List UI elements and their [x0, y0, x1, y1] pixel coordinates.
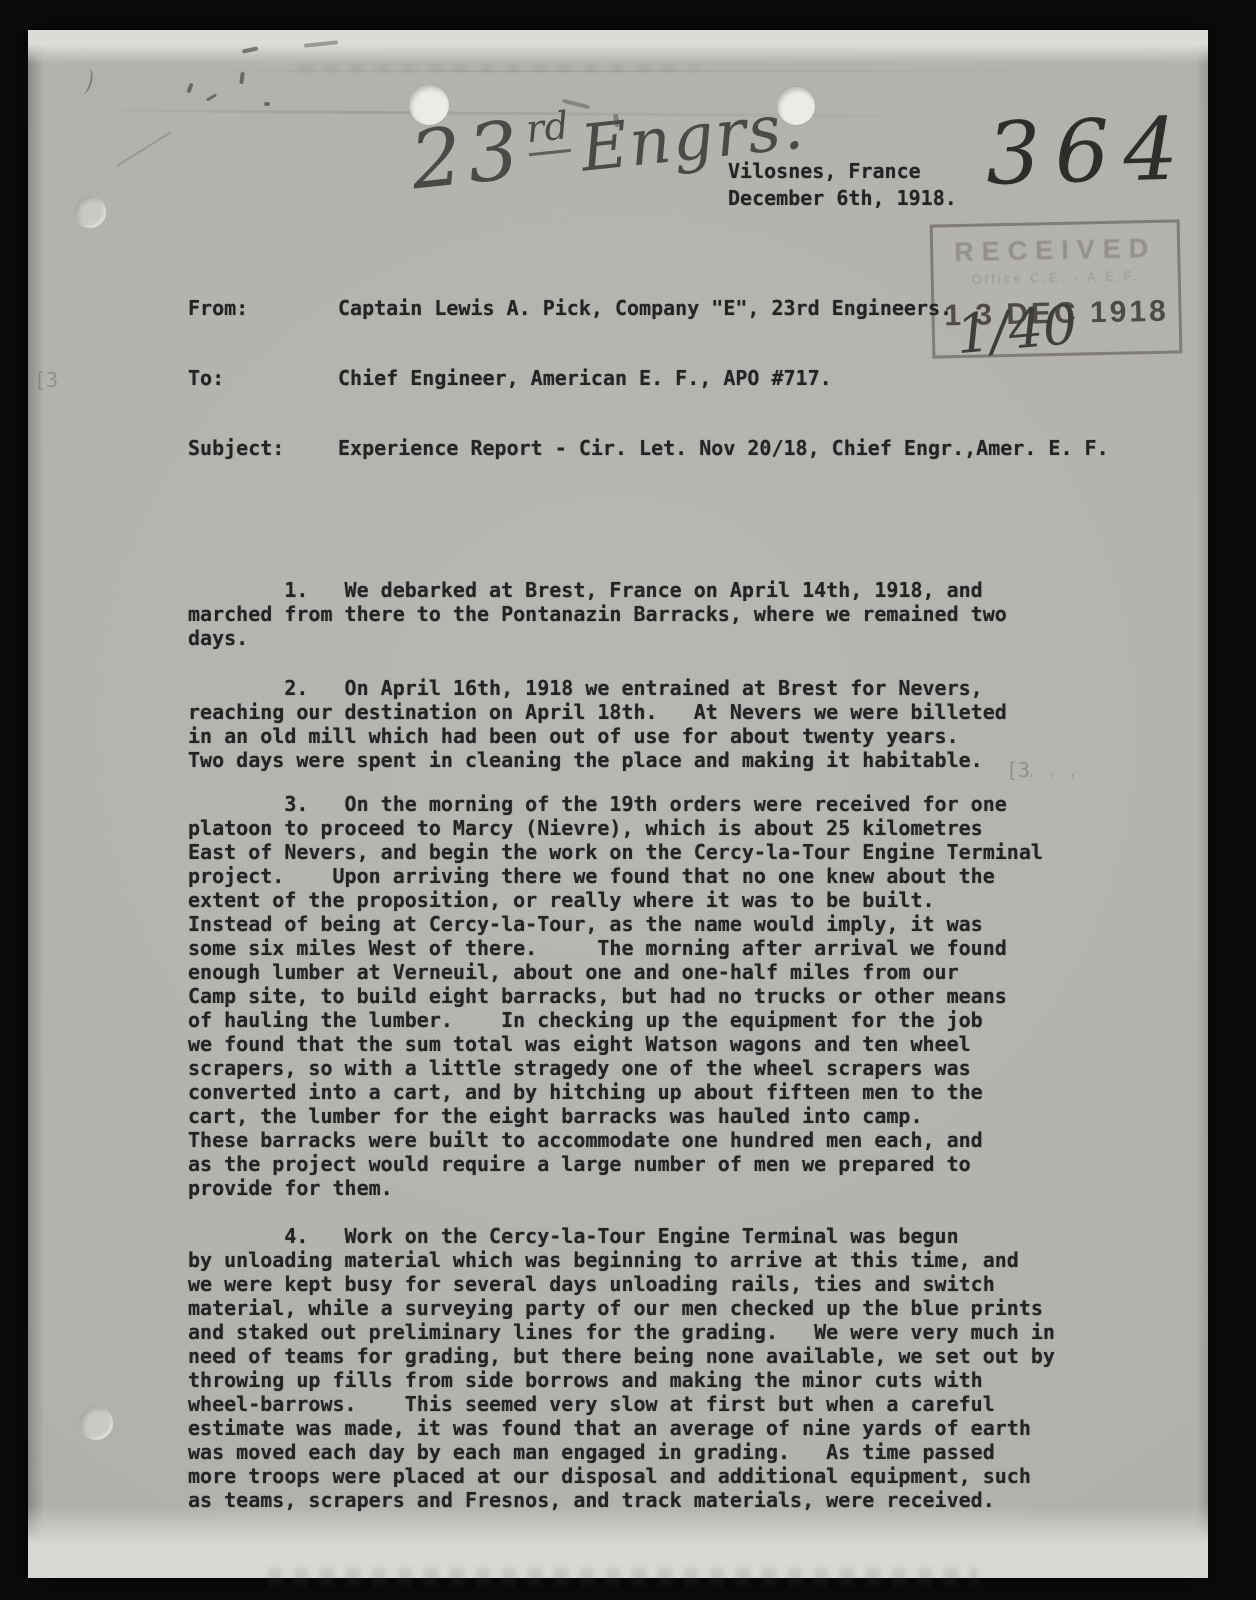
- letterhead-date: December 6th, 1918.: [728, 185, 957, 212]
- handwritten-unit-suffix: rd: [524, 103, 571, 156]
- paragraph-1: 1. We debarked at Brest, France on April…: [188, 578, 1128, 650]
- from-label: From:: [188, 296, 338, 320]
- stamp-office-line: Office C.E. - A.E.F.: [934, 267, 1178, 287]
- stamp-title: RECEIVED: [933, 232, 1178, 268]
- letterhead-place: Vilosnes, France: [728, 158, 957, 185]
- handwritten-page-number: 364: [985, 99, 1194, 204]
- punch-hole-left-upper: [74, 196, 106, 228]
- pencil-stray-mark: [77, 67, 95, 95]
- ink-speck: [264, 102, 270, 106]
- scan-background: 23rdEngrs. Vilosnes, France December 6th…: [0, 0, 1256, 1600]
- paragraph-2: 2. On April 16th, 1918 we entrained at B…: [188, 676, 1128, 772]
- corner-fold-mark: [116, 131, 171, 167]
- from-value: Captain Lewis A. Pick, Company "E", 23rd…: [338, 296, 952, 320]
- letter-body: 1. We debarked at Brest, France on April…: [188, 578, 1128, 1512]
- to-row: To:Chief Engineer, American E. F., APO #…: [188, 366, 1109, 390]
- ink-speck: [239, 72, 245, 84]
- to-label: To:: [188, 366, 338, 390]
- document-page: 23rdEngrs. Vilosnes, France December 6th…: [28, 30, 1208, 1578]
- bleed-through-text-top: [298, 63, 698, 73]
- paragraph-4: 4. Work on the Cercy-la-Tour Engine Term…: [188, 1224, 1128, 1512]
- ink-speck: [242, 46, 258, 53]
- ink-speck: [186, 83, 193, 94]
- letterhead-place-date: Vilosnes, France December 6th, 1918.: [728, 158, 957, 212]
- paragraph-3: 3. On the morning of the 19th orders wer…: [188, 792, 1128, 1200]
- subject-value: Experience Report - Cir. Let. Nov 20/18,…: [338, 436, 1109, 460]
- to-value: Chief Engineer, American E. F., APO #717…: [338, 366, 832, 390]
- bleed-through-text-bottom: [268, 1568, 978, 1586]
- ink-speck: [206, 93, 217, 101]
- subject-row: Subject:Experience Report - Cir. Let. No…: [188, 436, 1109, 460]
- subject-label: Subject:: [188, 436, 338, 460]
- pencil-mark-left-margin: [3: [34, 368, 58, 392]
- ink-speck: [304, 40, 338, 48]
- handwritten-fraction-note: 1/40: [953, 293, 1079, 366]
- punch-hole-left-lower: [79, 1406, 113, 1440]
- handwritten-unit-number: 23: [406, 103, 529, 207]
